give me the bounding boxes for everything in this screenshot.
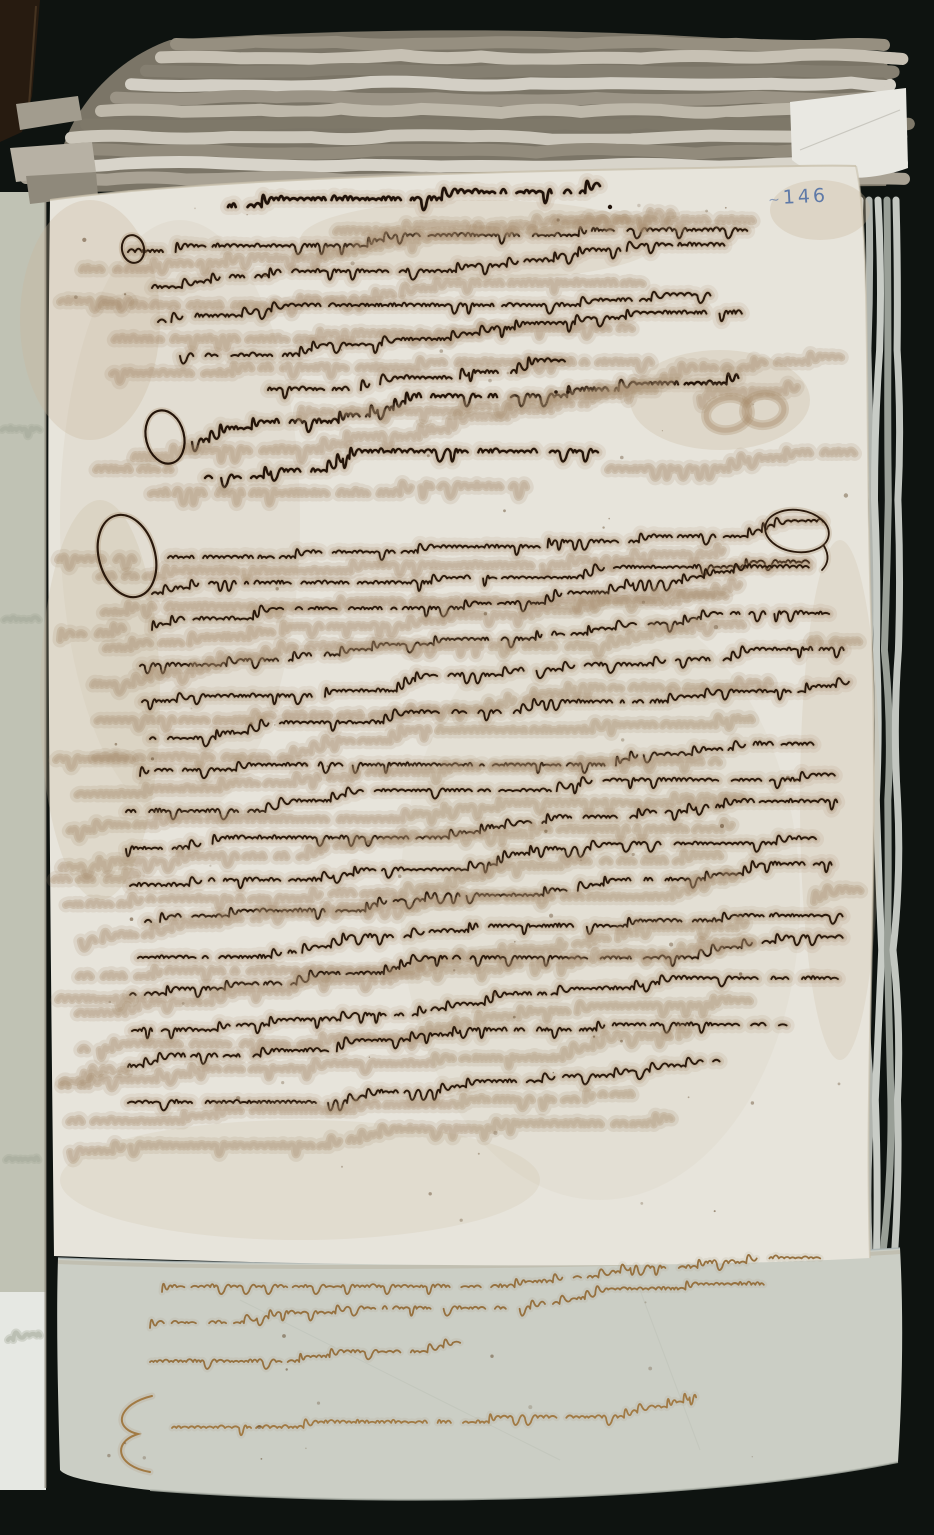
folio-digits: 146 <box>782 184 828 208</box>
manuscript-photo-canvas <box>0 0 934 1535</box>
folio-number: ~146 <box>767 184 828 209</box>
manuscript-photo: ~146 <box>0 0 934 1535</box>
folio-prefix: ~ <box>768 192 781 209</box>
